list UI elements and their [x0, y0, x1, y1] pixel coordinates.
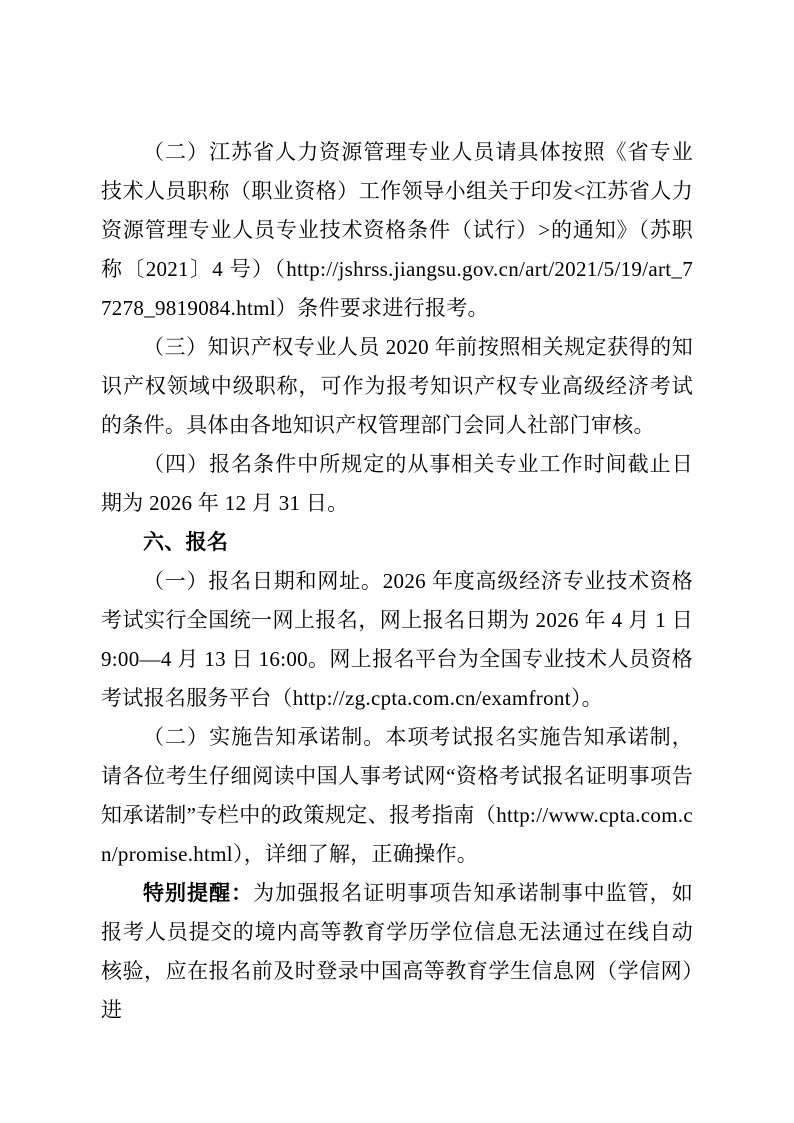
paragraph-work-time-deadline: （四）报名条件中所规定的从事相关专业工作时间截止日期为 2026 年 12 月 …	[101, 445, 693, 523]
paragraph-promise-system: （二）实施告知承诺制。本项考试报名实施告知承诺制，请各位考生仔细阅读中国人事考试…	[101, 718, 693, 874]
document-page: （二）江苏省人力资源管理专业人员请具体按照《省专业技术人员职称（职业资格）工作领…	[0, 0, 794, 1123]
paragraph-special-note: 特别提醒：为加强报名证明事项告知承诺制事中监管，如报考人员提交的境内高等教育学历…	[101, 874, 693, 1030]
special-note-label: 特别提醒：	[143, 882, 253, 905]
paragraph-jiangsu-hr-condition: （二）江苏省人力资源管理专业人员请具体按照《省专业技术人员职称（职业资格）工作领…	[101, 133, 693, 328]
paragraph-registration-date-and-site: （一）报名日期和网址。2026 年度高级经济专业技术资格考试实行全国统一网上报名…	[101, 562, 693, 718]
paragraph-intellectual-property-condition: （三）知识产权专业人员 2020 年前按照相关规定获得的知识产权领域中级职称，可…	[101, 328, 693, 445]
section-heading-registration: 六、报名	[101, 523, 693, 562]
